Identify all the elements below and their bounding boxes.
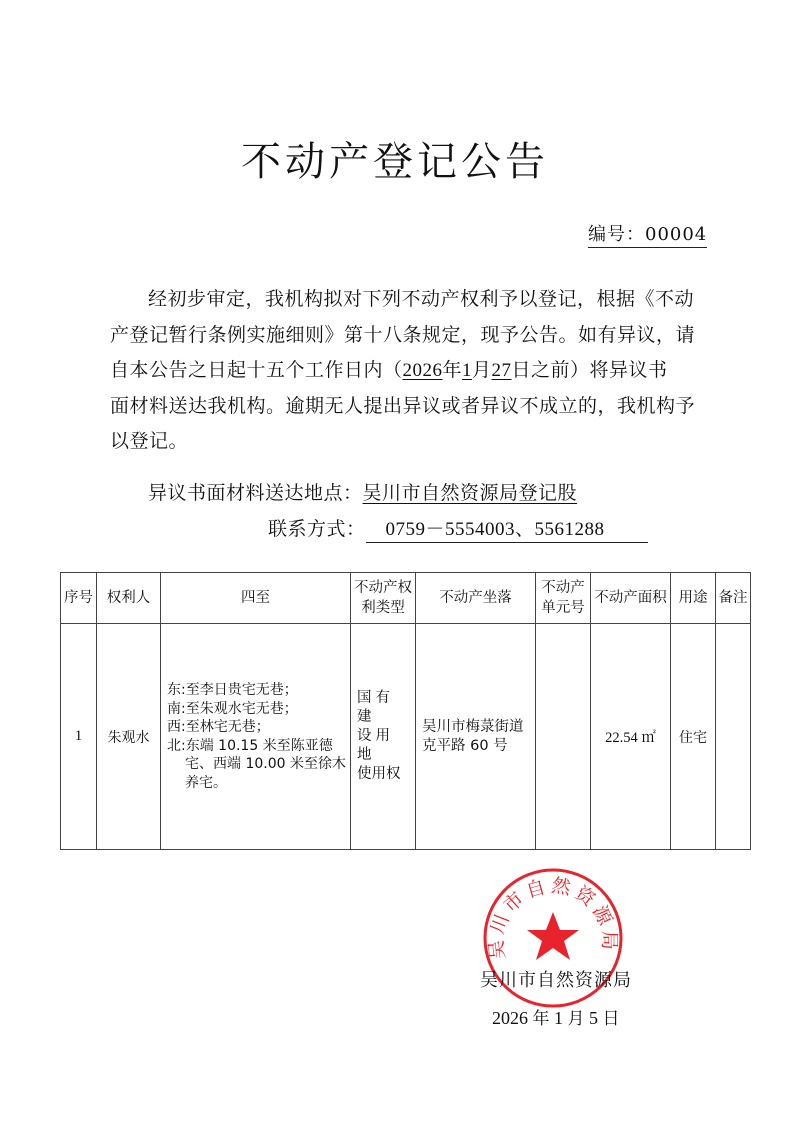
- location-l2: 克平路 60 号: [422, 737, 531, 756]
- doc-number: 编号：00004: [588, 220, 707, 248]
- body-line-3: 自本公告之日起十五个工作日内（2026年1月27日之前）将异议书: [110, 353, 708, 389]
- cell-remarks: [716, 624, 751, 850]
- registration-table: 序号 权利人 四至 不动产权利类型 不动产坐落 不动产单元号 不动产面积 用途 …: [60, 572, 751, 850]
- header-serial: 序号: [61, 573, 97, 624]
- body-line-2: 产登记暂行条例实施细则》第十八条规定，现予公告。如有异议，请: [110, 318, 708, 354]
- date-year: 2026: [492, 1008, 528, 1028]
- year-unit: 年: [443, 359, 463, 381]
- issue-date: 2026 年 1 月 5 日: [492, 1004, 620, 1029]
- date-day: 5: [589, 1008, 598, 1028]
- objection-address: 异议书面材料送达地点：吴川市自然资源局登记股: [148, 478, 577, 505]
- date-day-unit: 日: [603, 1009, 620, 1029]
- doc-number-label: 编号：: [588, 224, 645, 245]
- location-l1: 吴川市梅菉街道: [422, 718, 531, 737]
- header-usage: 用途: [671, 573, 716, 624]
- cell-boundaries: 东:至李日贵宅无巷； 南:至朱观水宅无巷； 西:至林宅无巷； 北:东端 10.1…: [161, 624, 351, 850]
- cell-right-type: 国有建 设用地 使用权: [351, 624, 416, 850]
- header-unit-no: 不动产单元号: [536, 573, 591, 624]
- right-type-l3: 使用权: [357, 765, 411, 784]
- table-header-row: 序号 权利人 四至 不动产权利类型 不动产坐落 不动产单元号 不动产面积 用途 …: [61, 573, 751, 624]
- date-month: 1: [554, 1008, 563, 1028]
- table-row: 1 朱观水 东:至李日贵宅无巷； 南:至朱观水宅无巷； 西:至林宅无巷； 北:东…: [61, 624, 751, 850]
- body-line-1: 经初步审定，我机构拟对下列不动产权利予以登记，根据《不动: [110, 282, 708, 318]
- issuer-name: 吴川市自然资源局: [480, 966, 632, 992]
- cell-unit-no: [536, 624, 591, 850]
- header-holder: 权利人: [97, 573, 161, 624]
- date-year-unit: 年: [533, 1009, 550, 1029]
- header-unit-no-l2: 单元号: [536, 598, 590, 618]
- contact-label: 联系方式：: [268, 518, 366, 540]
- boundary-south: 南:至朱观水宅无巷；: [167, 700, 346, 719]
- boundary-east: 东:至李日贵宅无巷；: [167, 681, 346, 700]
- cell-serial: 1: [61, 624, 97, 850]
- header-boundaries: 四至: [161, 573, 351, 624]
- month-unit: 月: [472, 359, 492, 381]
- header-right-type-l2: 利类型: [351, 598, 415, 618]
- boundary-north-cont: 宅、西端 10.00 米至徐木: [167, 755, 346, 774]
- cell-location: 吴川市梅菉街道 克平路 60 号: [416, 624, 536, 850]
- header-remarks: 备注: [716, 573, 751, 624]
- doc-number-value: 00004: [645, 224, 707, 245]
- deadline-month: 1: [462, 360, 472, 381]
- body-line-5: 以登记。: [110, 424, 708, 460]
- contact-info: 联系方式：0759－5554003、5561288: [268, 514, 648, 543]
- address-label: 异议书面材料送达地点：: [148, 482, 363, 504]
- boundary-north: 北:东端 10.15 米至陈亚德: [167, 737, 346, 756]
- header-right-type-l1: 不动产权: [351, 578, 415, 598]
- contact-phone: 0759－5554003、5561288: [366, 518, 648, 543]
- address-value: 吴川市自然资源局登记股: [363, 482, 578, 504]
- boundary-north-cont2: 养宅。: [167, 774, 346, 793]
- right-type-l2: 设用地: [357, 727, 411, 765]
- deadline-day: 27: [492, 360, 512, 381]
- date-month-unit: 月: [568, 1009, 585, 1029]
- header-right-type: 不动产权利类型: [351, 573, 416, 624]
- boundary-west: 西:至林宅无巷；: [167, 718, 346, 737]
- right-type-l1: 国有建: [357, 689, 411, 727]
- header-unit-no-l1: 不动产: [536, 578, 590, 598]
- header-location: 不动产坐落: [416, 573, 536, 624]
- announcement-body: 经初步审定，我机构拟对下列不动产权利予以登记，根据《不动 产登记暂行条例实施细则…: [110, 282, 708, 460]
- cell-holder: 朱观水: [97, 624, 161, 850]
- deadline-prefix: 自本公告之日起十五个工作日内（: [110, 359, 403, 381]
- cell-area: 22.54 ㎡: [591, 624, 671, 850]
- deadline-year: 2026: [403, 360, 443, 381]
- header-area: 不动产面积: [591, 573, 671, 624]
- cell-usage: 住宅: [671, 624, 716, 850]
- body-line-4: 面材料送达我机构。逾期无人提出异议或者异议不成立的，我机构予: [110, 389, 708, 425]
- deadline-suffix: 日之前）将异议书: [512, 359, 668, 381]
- page-title: 不动产登记公告: [0, 130, 790, 187]
